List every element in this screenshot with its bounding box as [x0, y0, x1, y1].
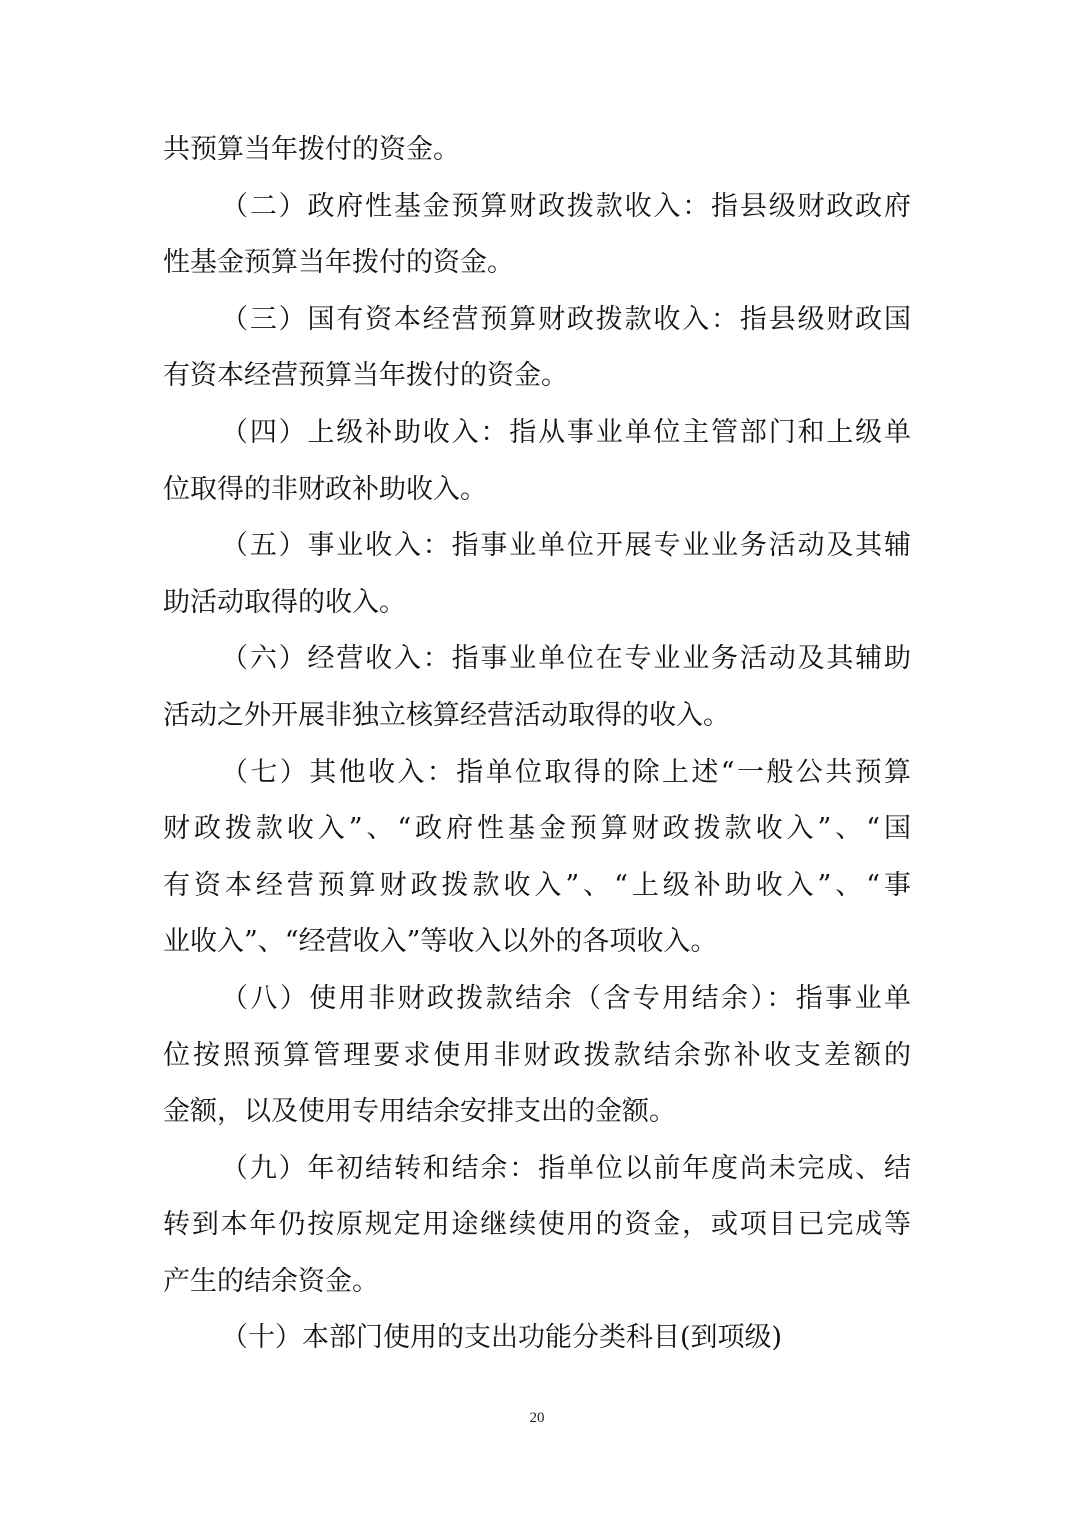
item-3-state-capital-line-1: （三）国有资本经营预算财政拨款收入：指县级财政国 [163, 298, 911, 355]
item-7-other-income-line-2: 财政拨款收入”、“政府性基金预算财政拨款收入”、“国 [163, 807, 911, 864]
page-number: 20 [0, 1410, 1074, 1427]
item-5-business-income-line-1: （五）事业收入：指事业单位开展专业业务活动及其辅 [163, 524, 911, 581]
item-2-government-fund-line-2: 性基金预算当年拨付的资金。 [163, 241, 911, 298]
item-4-superior-subsidy-line-1: （四）上级补助收入：指从事业单位主管部门和上级单 [163, 411, 911, 468]
item-4-superior-subsidy-line-2: 位取得的非财政补助收入。 [163, 468, 911, 525]
item-10-expenditure-classification-heading: （十）本部门使用的支出功能分类科目(到项级) [163, 1316, 911, 1373]
item-6-operating-income-line-2: 活动之外开展非独立核算经营活动取得的收入。 [163, 694, 911, 751]
item-3-state-capital-line-2: 有资本经营预算当年拨付的资金。 [163, 354, 911, 411]
item-7-other-income-line-3: 有资本经营预算财政拨款收入”、“上级补助收入”、“事 [163, 864, 911, 921]
item-9-carryover-line-1: （九）年初结转和结余：指单位以前年度尚未完成、结 [163, 1147, 911, 1204]
paragraph-1-continuation-line: 共预算当年拨付的资金。 [163, 128, 911, 185]
item-8-non-fiscal-balance-line-1: （八）使用非财政拨款结余（含专用结余）：指事业单 [163, 977, 911, 1034]
item-7-other-income-line-4: 业收入”、“经营收入”等收入以外的各项收入。 [163, 920, 911, 977]
document-page: 共预算当年拨付的资金。 （二）政府性基金预算财政拨款收入：指县级财政政府 性基金… [0, 0, 1074, 1520]
item-8-non-fiscal-balance-line-2: 位按照预算管理要求使用非财政拨款结余弥补收支差额的 [163, 1034, 911, 1091]
item-9-carryover-line-3: 产生的结余资金。 [163, 1260, 911, 1317]
item-2-government-fund-line-1: （二）政府性基金预算财政拨款收入：指县级财政政府 [163, 185, 911, 242]
item-6-operating-income-line-1: （六）经营收入：指事业单位在专业业务活动及其辅助 [163, 637, 911, 694]
body-text: 共预算当年拨付的资金。 （二）政府性基金预算财政拨款收入：指县级财政政府 性基金… [163, 128, 911, 1373]
item-8-non-fiscal-balance-line-3: 金额，以及使用专用结余安排支出的金额。 [163, 1090, 911, 1147]
item-5-business-income-line-2: 助活动取得的收入。 [163, 581, 911, 638]
item-7-other-income-line-1: （七）其他收入：指单位取得的除上述“一般公共预算 [163, 751, 911, 808]
item-9-carryover-line-2: 转到本年仍按原规定用途继续使用的资金，或项目已完成等 [163, 1203, 911, 1260]
